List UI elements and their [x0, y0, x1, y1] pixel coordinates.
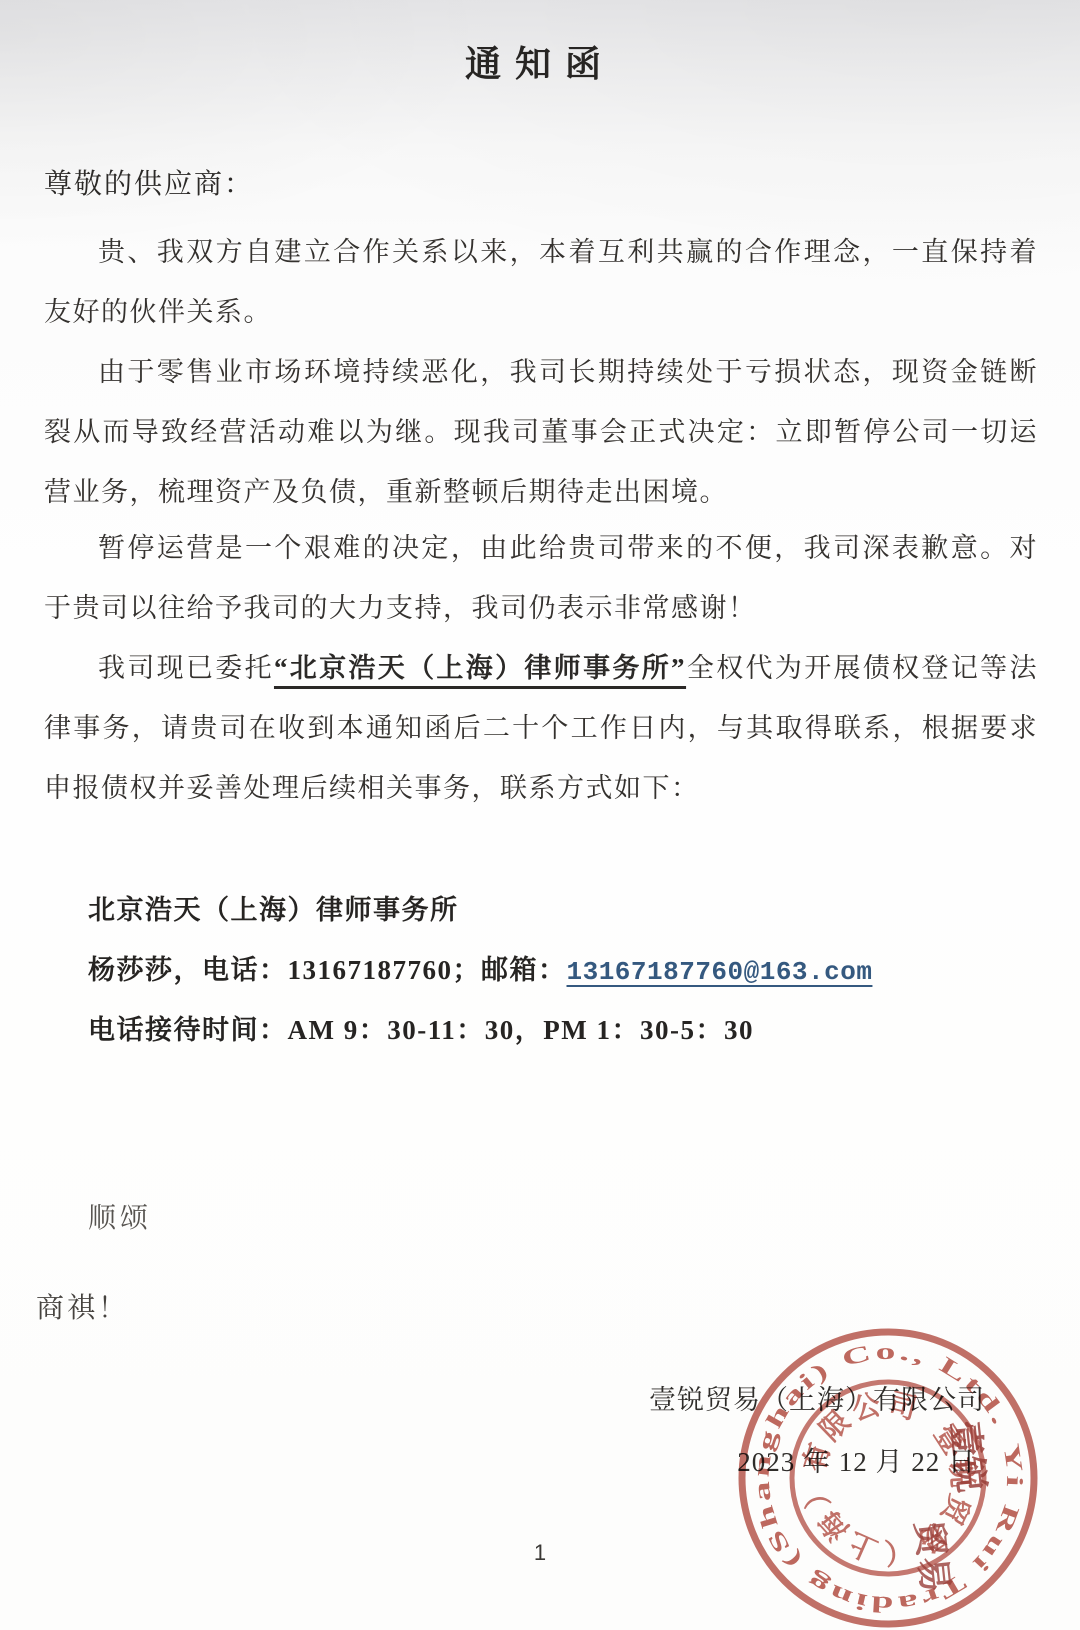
para4-lead-text: 我司现已委托 — [98, 653, 274, 683]
contact-law-firm-name: 北京浩天（上海）律师事务所 — [88, 888, 1040, 927]
closing-shunsong: 顺颂 — [88, 1196, 152, 1236]
salutation: 尊敬的供应商： — [44, 162, 254, 202]
law-firm-name-underlined: “北京浩天（上海）律师事务所” — [274, 653, 686, 683]
seal-overlay-glyphs-2: 贸易 — [908, 1519, 955, 1595]
contact-email-link: 13167187760@163.com — [567, 957, 873, 987]
paragraph-cooperation: 贵、我双方自建立合作关系以来，本着互利共赢的合作理念，一直保持着友好的伙伴关系。 — [44, 222, 1038, 342]
contact-phone-hours: 电话接待时间：AM 9：30-11：30，PM 1：30-5：30 — [88, 1008, 1040, 1047]
paragraph-suspension-decision: 由于零售业市场环境持续恶化，我司长期持续处于亏损状态，现资金链断裂从而导致经营活… — [44, 342, 1038, 522]
page-title: 通知函 — [0, 36, 1080, 87]
seal-overlay-glyphs-1: 壹锐 — [944, 1419, 991, 1495]
contact-person-phone-line: 杨莎莎，电话：13167187760；邮箱：13167187760@163.co… — [88, 948, 1040, 987]
closing-shangqi: 商祺！ — [36, 1286, 129, 1326]
paragraph-apology: 暂停运营是一个艰难的决定，由此给贵司带来的不便，我司深表歉意。对于贵司以往给予我… — [44, 518, 1038, 638]
contact-person-phone-prefix: 杨莎莎，电话：13167187760；邮箱： — [88, 955, 567, 985]
company-seal-stamp: Yi Rui Trading (Shanghai) Co., Ltd. 壹锐贸易… — [728, 1318, 1048, 1630]
paragraph-law-firm-delegation: 我司现已委托“北京浩天（上海）律师事务所”全权代为开展债权登记等法律事务，请贵司… — [44, 638, 1038, 818]
